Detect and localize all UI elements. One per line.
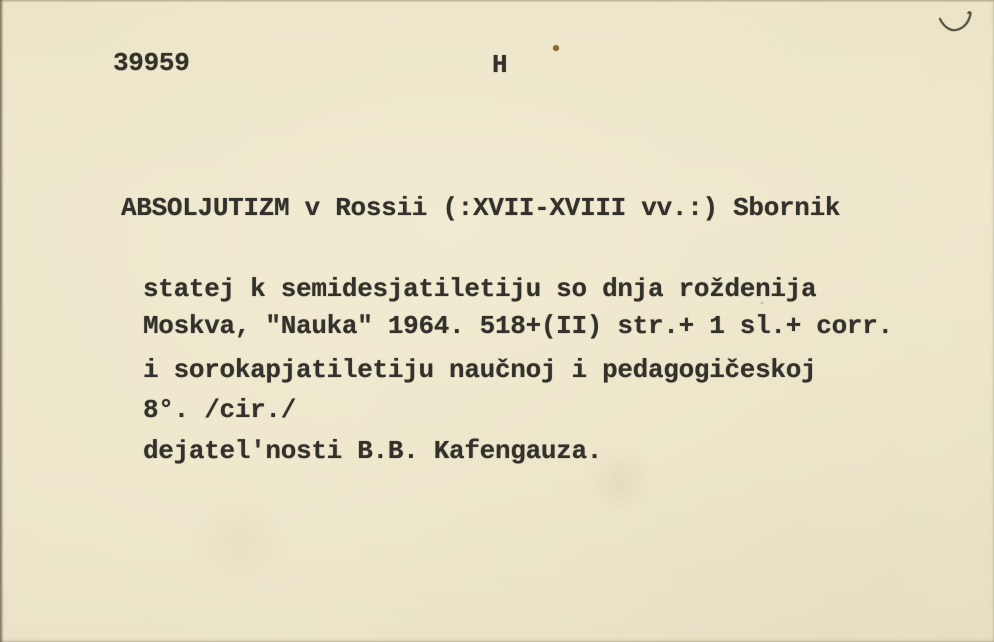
paper-speck	[553, 45, 559, 51]
title-line: ABSOLJUTIZM v Rossii (:XVII-XVIII vv.:) …	[121, 195, 840, 222]
imprint-line: 8°. /cir./	[143, 396, 893, 424]
call-number: 39959	[113, 50, 190, 77]
heading-letter: H	[492, 52, 507, 79]
pencil-checkmark-icon	[936, 6, 980, 38]
catalog-card: 39959 H ABSOLJUTIZM v Rossii (:XVII-XVII…	[0, 0, 994, 642]
imprint-block: Moskva, "Nauka" 1964. 518+(II) str.+ 1 s…	[143, 256, 893, 480]
imprint-line: Moskva, "Nauka" 1964. 518+(II) str.+ 1 s…	[143, 312, 893, 340]
